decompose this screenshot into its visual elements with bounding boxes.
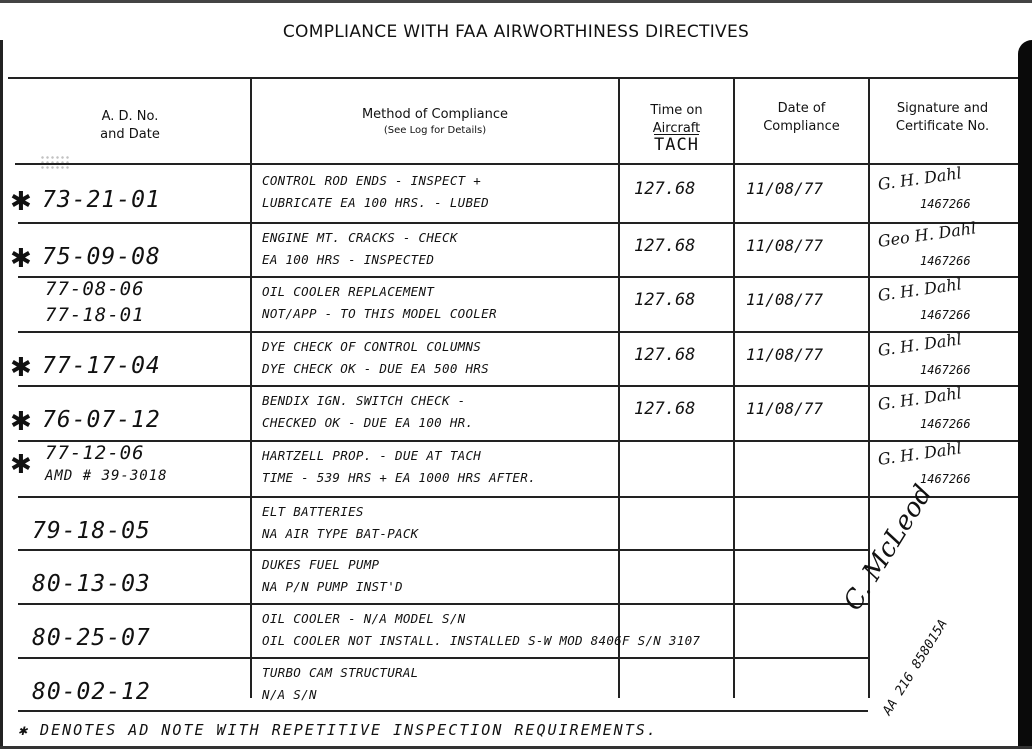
header-ad-no: A. D. No. and Date	[40, 108, 220, 144]
repetitive-star-icon: ✱	[10, 244, 32, 274]
method-line: Turbo Cam Structural	[262, 665, 419, 680]
method-line: N/A S/N	[262, 687, 317, 702]
ad-number: 79-18-05	[32, 518, 151, 544]
ad-number: 80-02-12	[32, 679, 151, 705]
certificate-number: 1467266	[920, 472, 971, 486]
certificate-number: 1467266	[920, 308, 971, 322]
row-divider	[18, 657, 868, 659]
time-on-aircraft: 127.68	[634, 290, 695, 310]
time-on-aircraft: 127.68	[634, 236, 695, 256]
column-divider	[250, 78, 252, 698]
header-signature: Signature and Certificate No.	[870, 100, 1015, 136]
large-signature-certificate: AA 216 858015A	[880, 617, 951, 718]
ad-number: 77-12-06	[45, 442, 145, 464]
row-divider	[18, 496, 1018, 498]
inspector-signature: G. H. Dahl	[877, 438, 963, 469]
row-divider	[18, 603, 868, 605]
header-date-line1: Date of	[778, 101, 826, 116]
date-of-compliance: 11/08/77	[746, 179, 823, 198]
inspector-signature: G. H. Dahl	[877, 329, 963, 360]
method-line: Dye Check OK - Due ea 500 HRS	[262, 361, 489, 376]
certificate-number: 1467266	[920, 417, 971, 431]
scan-speckle	[40, 155, 70, 169]
row-divider	[18, 331, 1018, 333]
method-line: ea 100 HRS - Inspected	[262, 252, 434, 267]
repetitive-footnote: ✱ Denotes AD Note with Repetitive Inspec…	[18, 721, 658, 739]
left-border	[0, 40, 3, 749]
header-time: Time on Aircraft TACH	[620, 102, 733, 154]
repetitive-star-icon: ✱	[10, 407, 32, 437]
header-signature-line1: Signature and	[897, 101, 988, 116]
header-signature-line2: Certificate No.	[896, 119, 989, 134]
certificate-number: 1467266	[920, 254, 971, 268]
method-line: Oil Cooler Replacement	[262, 284, 434, 299]
method-line: Hartzell Prop. - Due at Tach	[262, 448, 481, 463]
column-divider	[733, 78, 735, 698]
header-method-line1: Method of Compliance	[362, 107, 508, 122]
row-divider	[18, 710, 868, 712]
column-divider	[618, 78, 620, 698]
method-line: NA Air Type Bat-Pack	[262, 526, 419, 541]
ad-number-secondary: 77-18-01	[45, 304, 145, 326]
method-line: Dukes Fuel Pump	[262, 557, 379, 572]
method-line: Control Rod Ends - Inspect +	[262, 173, 481, 188]
method-line: Dye Check of Control Columns	[262, 339, 481, 354]
right-scan-edge	[1018, 40, 1032, 749]
header-time-line2: Aircraft	[653, 121, 700, 136]
ad-number: 77-08-06	[45, 278, 145, 300]
header-time-tach: TACH	[620, 136, 733, 154]
form-title: COMPLIANCE WITH FAA AIRWORTHINESS DIRECT…	[0, 22, 1032, 42]
repetitive-star-icon: ✱	[10, 353, 32, 383]
ad-number: 73-21-01	[42, 187, 161, 213]
date-of-compliance: 11/08/77	[746, 290, 823, 309]
certificate-number: 1467266	[920, 363, 971, 377]
inspector-signature: G. H. Dahl	[877, 274, 963, 305]
method-line: Checked OK - Due ea 100 HR.	[262, 415, 473, 430]
method-line: Lubricate ea 100 HRS. - Lubed	[262, 195, 489, 210]
method-line: Bendix Ign. Switch Check -	[262, 393, 465, 408]
ad-number: 80-13-03	[32, 571, 151, 597]
header-time-line1: Time on	[650, 103, 702, 118]
ad-number: 75-09-08	[42, 244, 161, 270]
time-on-aircraft: 127.68	[634, 345, 695, 365]
row-divider	[18, 549, 868, 551]
header-top-rule	[8, 77, 1018, 79]
row-divider	[18, 385, 1018, 387]
repetitive-star-icon: ✱	[10, 450, 32, 480]
header-date: Date of Compliance	[735, 100, 868, 136]
ad-number: 80-25-07	[32, 625, 151, 651]
time-on-aircraft: 127.68	[634, 399, 695, 419]
row-divider	[18, 222, 1018, 224]
row-divider	[18, 440, 1018, 442]
large-signature: C. McLeod	[838, 480, 938, 616]
method-line: Not/App - To This Model Cooler	[262, 306, 497, 321]
header-method: Method of Compliance (See Log for Detail…	[252, 106, 618, 137]
method-line: Oil Cooler - N/A Model S/N	[262, 611, 465, 626]
date-of-compliance: 11/08/77	[746, 236, 823, 255]
top-border	[0, 0, 1032, 3]
header-ad-no-line1: A. D. No.	[102, 109, 159, 124]
method-line: Oil Cooler Not Install. Installed S-W Mo…	[262, 633, 700, 648]
date-of-compliance: 11/08/77	[746, 399, 823, 418]
ad-number: 76-07-12	[42, 407, 161, 433]
header-ad-no-line2: and Date	[100, 127, 160, 142]
certificate-number: 1467266	[920, 197, 971, 211]
header-date-line2: Compliance	[763, 119, 840, 134]
method-line: ELT Batteries	[262, 504, 364, 519]
ad-number: 77-17-04	[42, 353, 161, 379]
method-line: Time - 539 HRS + ea 1000 HRS After.	[262, 470, 536, 485]
repetitive-star-icon: ✱	[10, 187, 32, 217]
inspector-signature: G. H. Dahl	[877, 163, 963, 194]
time-on-aircraft: 127.68	[634, 179, 695, 199]
method-line: NA P/N Pump Inst'd	[262, 579, 403, 594]
inspector-signature: G. H. Dahl	[877, 383, 963, 414]
date-of-compliance: 11/08/77	[746, 345, 823, 364]
ad-compliance-form: COMPLIANCE WITH FAA AIRWORTHINESS DIRECT…	[0, 0, 1032, 749]
header-method-line2: (See Log for Details)	[252, 124, 618, 137]
method-line: Engine Mt. Cracks - Check	[262, 230, 458, 245]
row-divider	[18, 276, 1018, 278]
ad-number-secondary: AMD # 39-3018	[45, 468, 168, 484]
